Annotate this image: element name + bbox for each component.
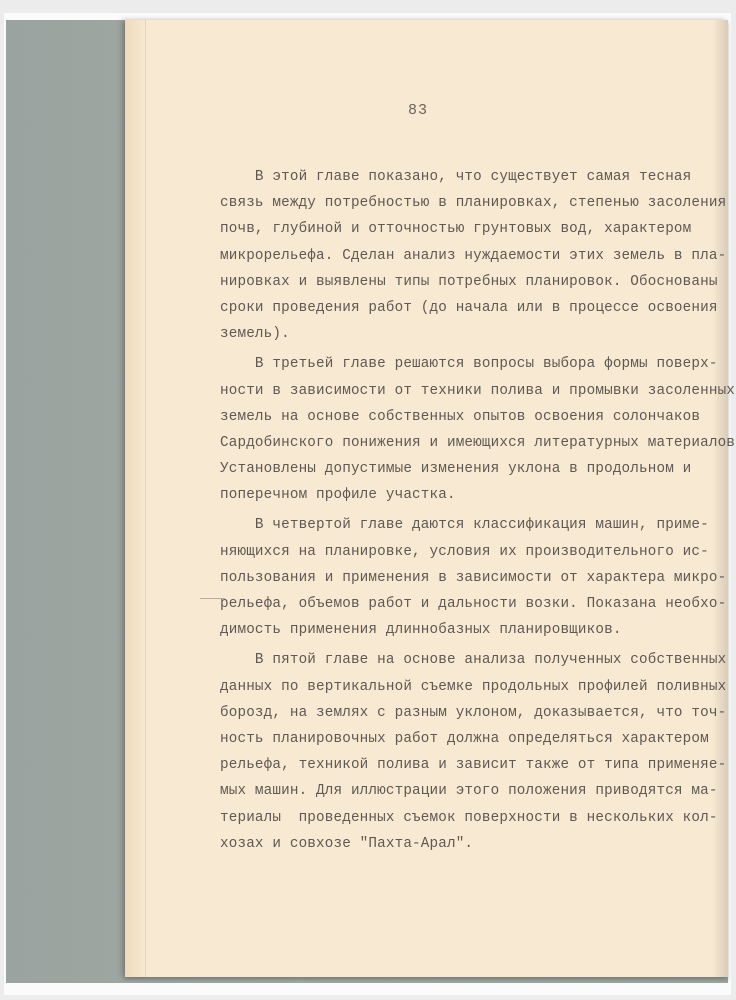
text-line: ности в зависимости от техники полива и … — [220, 378, 720, 404]
body-text: В этой главе показано, что существует са… — [220, 164, 720, 857]
text-line: димость применения длиннобазных планиров… — [220, 617, 720, 643]
text-line: данных по вертикальной съемке продольных… — [220, 674, 720, 700]
text-line: мых машин. Для иллюстрации этого положен… — [220, 778, 720, 804]
text-line: связь между потребностью в планировках, … — [220, 190, 720, 216]
page-number: 83 — [408, 102, 428, 119]
text-line: земель). — [220, 321, 720, 347]
text-line: сроки проведения работ (до начала или в … — [220, 295, 720, 321]
text-line: ность планировочных работ должна определ… — [220, 726, 720, 752]
paragraph: В пятой главе на основе анализа полученн… — [220, 647, 720, 857]
text-line: почв, глубиной и отточностью грунтовых в… — [220, 216, 720, 242]
paragraph: В третьей главе решаются вопросы выбора … — [220, 351, 720, 508]
text-line: рельефа, техникой полива и зависит также… — [220, 752, 720, 778]
paragraph: В четвертой главе даются классификация м… — [220, 512, 720, 643]
text-line: В четвертой главе даются классификация м… — [220, 512, 720, 538]
text-line: хозах и совхозе "Пахта-Арал". — [220, 831, 720, 857]
text-line: микрорельефа. Сделан анализ нуждаемости … — [220, 243, 720, 269]
text-line: земель на основе собственных опытов осво… — [220, 404, 720, 430]
text-line: териалы проведенных съемок поверхности в… — [220, 805, 720, 831]
margin-mark — [200, 598, 225, 599]
text-line: Сардобинского понижения и имеющихся лите… — [220, 430, 720, 456]
text-line: рельефа, объемов работ и дальности возки… — [220, 591, 720, 617]
text-line: В пятой главе на основе анализа полученн… — [220, 647, 720, 673]
text-line: В этой главе показано, что существует са… — [220, 164, 720, 190]
text-line: поперечном профиле участка. — [220, 482, 720, 508]
document-page: 83 В этой главе показано, что существует… — [125, 20, 728, 977]
text-line: Установлены допустимые изменения уклона … — [220, 456, 720, 482]
paragraph: В этой главе показано, что существует са… — [220, 164, 720, 347]
text-line: борозд, на землях с разным уклоном, дока… — [220, 700, 720, 726]
text-line: В третьей главе решаются вопросы выбора … — [220, 351, 720, 377]
text-line: пользования и применения в зависимости о… — [220, 565, 720, 591]
text-line: нировках и выявлены типы потребных плани… — [220, 269, 720, 295]
text-line: няющихся на планировке, условия их произ… — [220, 539, 720, 565]
